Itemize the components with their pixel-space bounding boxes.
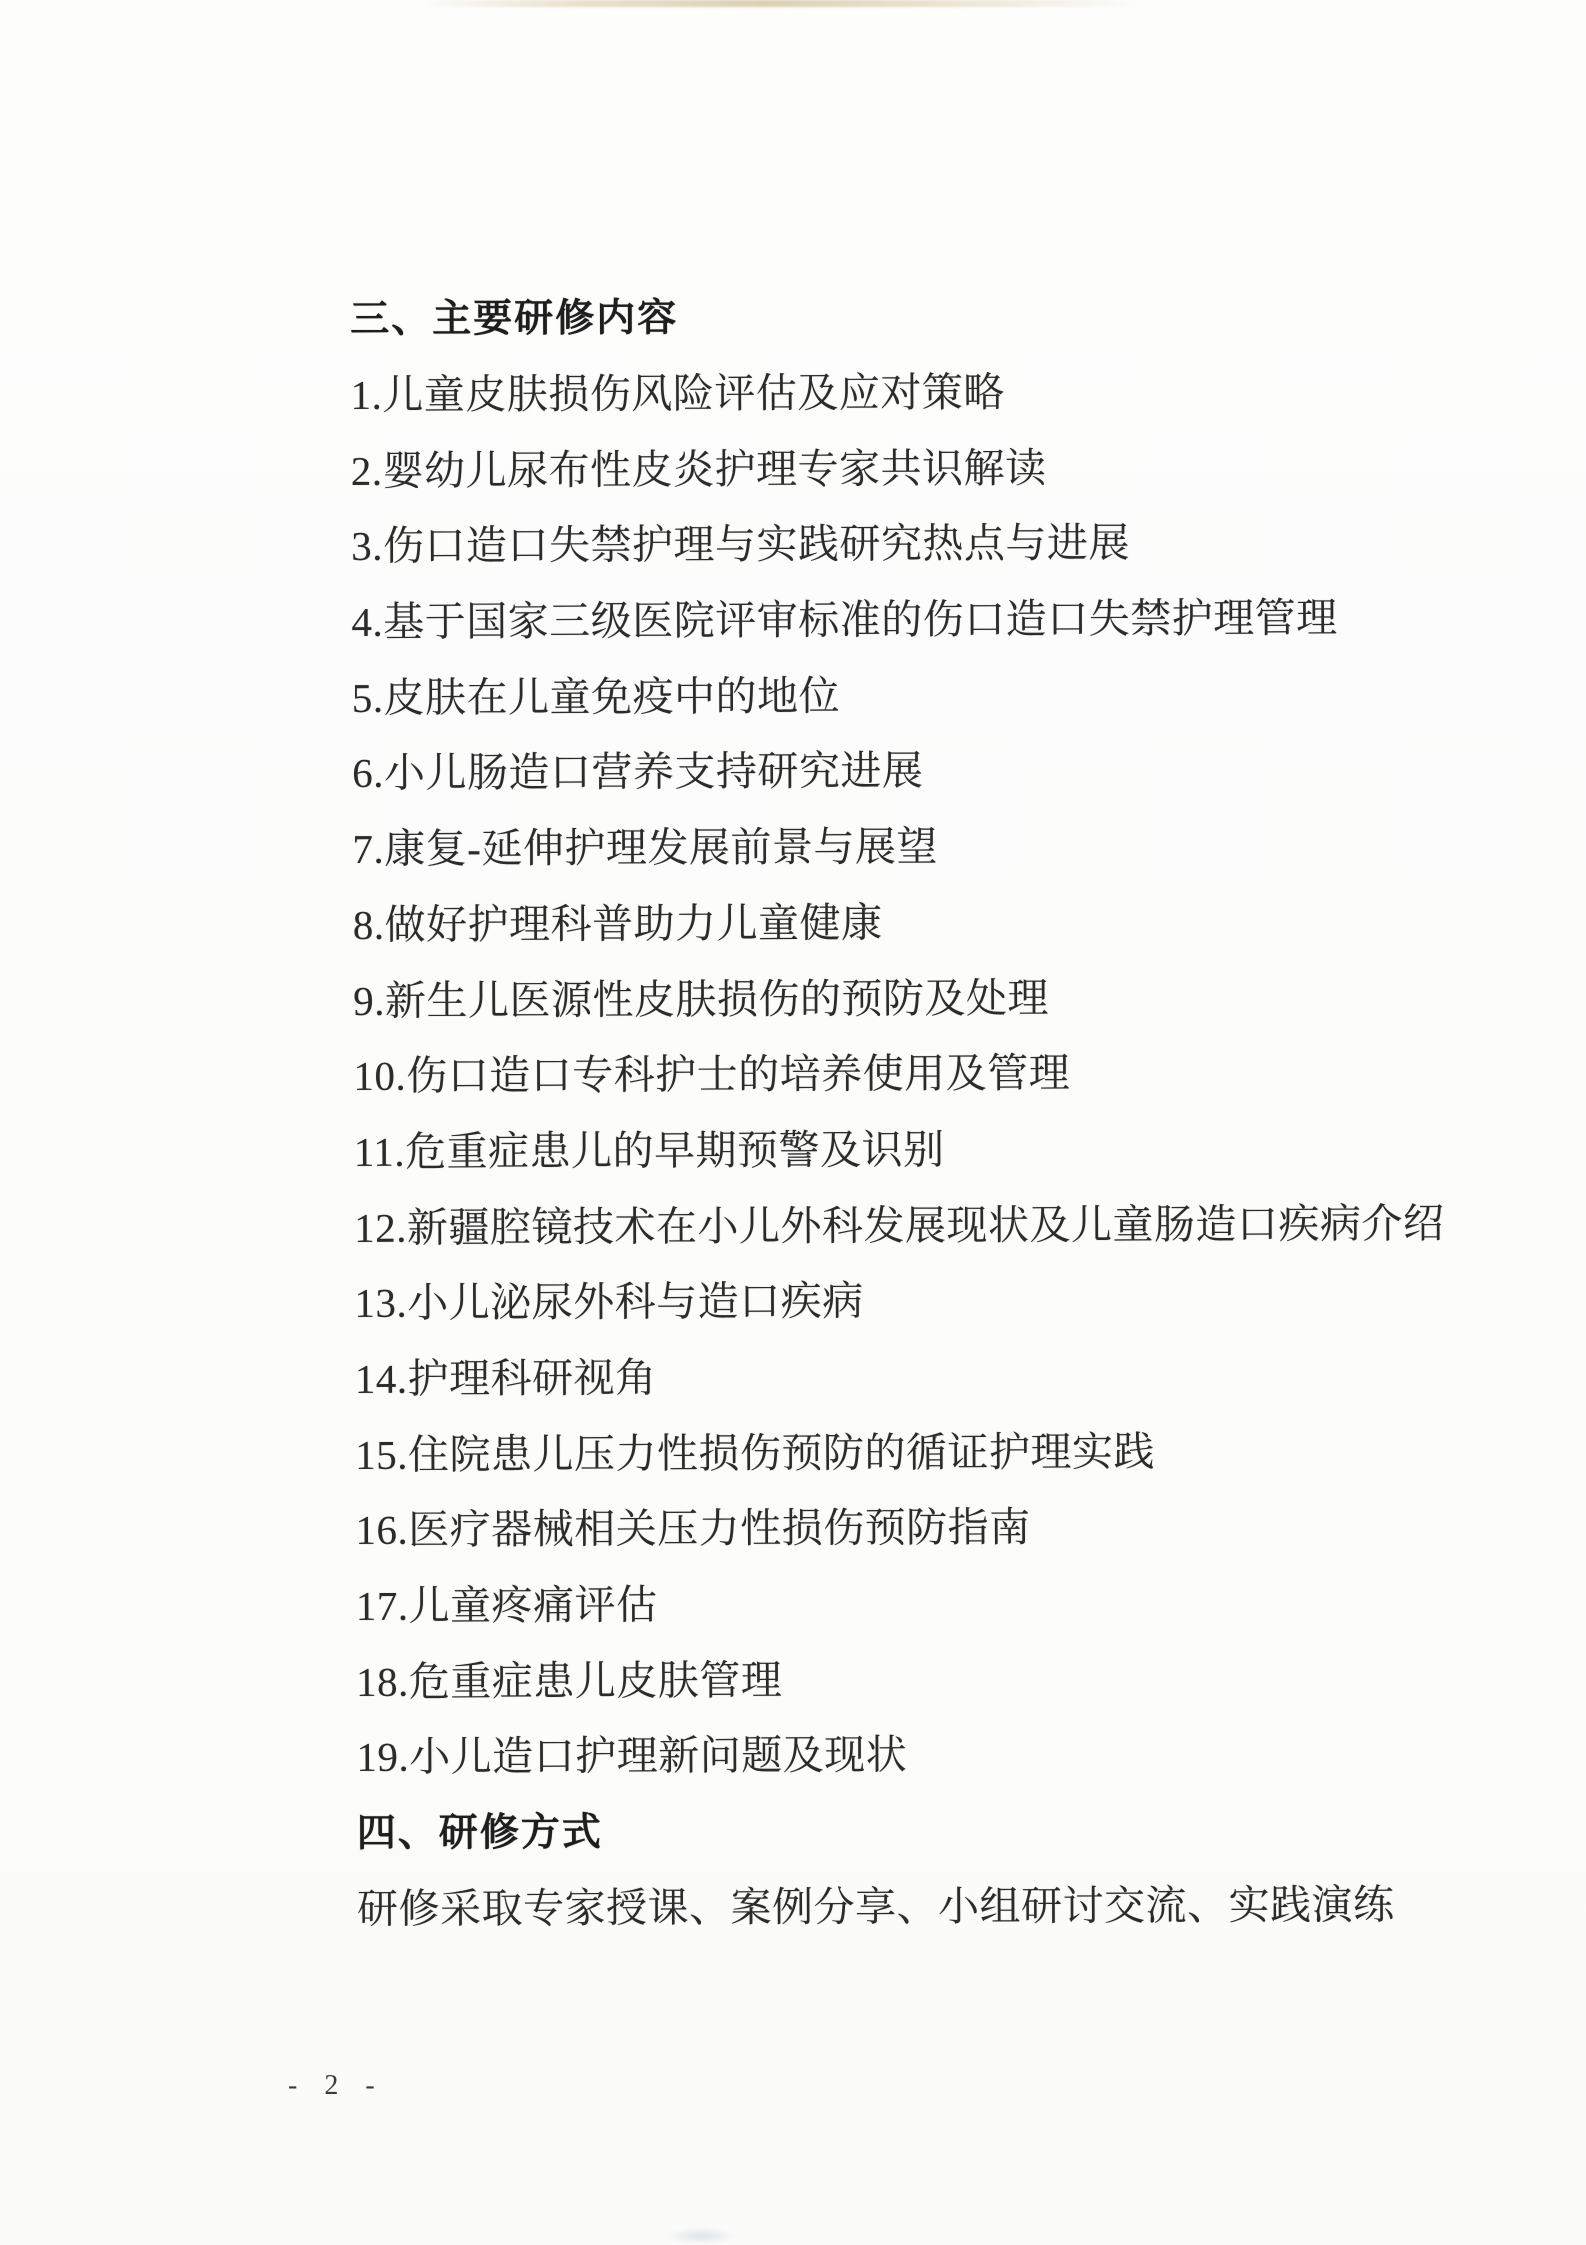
- list-item: 10.伤口造口专科护士的培养使用及管理: [353, 1030, 1503, 1111]
- list-item: 4.基于国家三级医院评审标准的伤口造口失禁护理管理: [351, 576, 1501, 657]
- list-item: 16.医疗器械相关压力性损伤预防指南: [355, 1484, 1505, 1565]
- list-item: 11.危重症患儿的早期预警及识别: [354, 1106, 1504, 1187]
- list-item: 13.小儿泌尿外科与造口疾病: [354, 1257, 1504, 1338]
- list-item: 1.儿童皮肤损伤风险评估及应对策略: [350, 349, 1500, 430]
- list-item: 7.康复-延伸护理发展前景与展望: [352, 803, 1502, 884]
- scan-artifact-top: [420, 0, 1140, 7]
- scan-artifact-bottom: [665, 2228, 737, 2244]
- list-item: 2.婴幼儿尿布性皮炎护理专家共识解读: [351, 424, 1501, 505]
- section-heading-main: 三、主要研修内容: [350, 273, 1500, 354]
- list-item: 9.新生儿医源性皮肤损伤的预防及处理: [353, 954, 1503, 1035]
- list-item: 18.危重症患儿皮肤管理: [356, 1635, 1506, 1716]
- document-text-block: 三、主要研修内容 1.儿童皮肤损伤风险评估及应对策略 2.婴幼儿尿布性皮炎护理专…: [350, 273, 1507, 1943]
- list-item: 12.新疆腔镜技术在小儿外科发展现状及儿童肠造口疾病介绍: [354, 1181, 1504, 1262]
- section-heading-method: 四、研修方式: [357, 1787, 1507, 1868]
- list-item: 19.小儿造口护理新问题及现状: [356, 1711, 1506, 1792]
- list-item: 6.小儿肠造口营养支持研究进展: [352, 727, 1502, 808]
- list-item: 15.住院患儿压力性损伤预防的循证护理实践: [355, 1408, 1505, 1489]
- list-item: 17.儿童疼痛评估: [356, 1560, 1506, 1641]
- paragraph: 研修采取专家授课、案例分享、小组研讨交流、实践演练: [357, 1862, 1507, 1943]
- list-item: 8.做好护理科普助力儿童健康: [353, 878, 1503, 959]
- list-item: 5.皮肤在儿童免疫中的地位: [352, 651, 1502, 732]
- list-item: 3.伤口造口失禁护理与实践研究热点与进展: [351, 500, 1501, 581]
- document-page: 三、主要研修内容 1.儿童皮肤损伤风险评估及应对策略 2.婴幼儿尿布性皮炎护理专…: [0, 0, 1586, 2245]
- list-item: 14.护理科研视角: [355, 1333, 1505, 1414]
- page-number: - 2 -: [288, 2070, 385, 2102]
